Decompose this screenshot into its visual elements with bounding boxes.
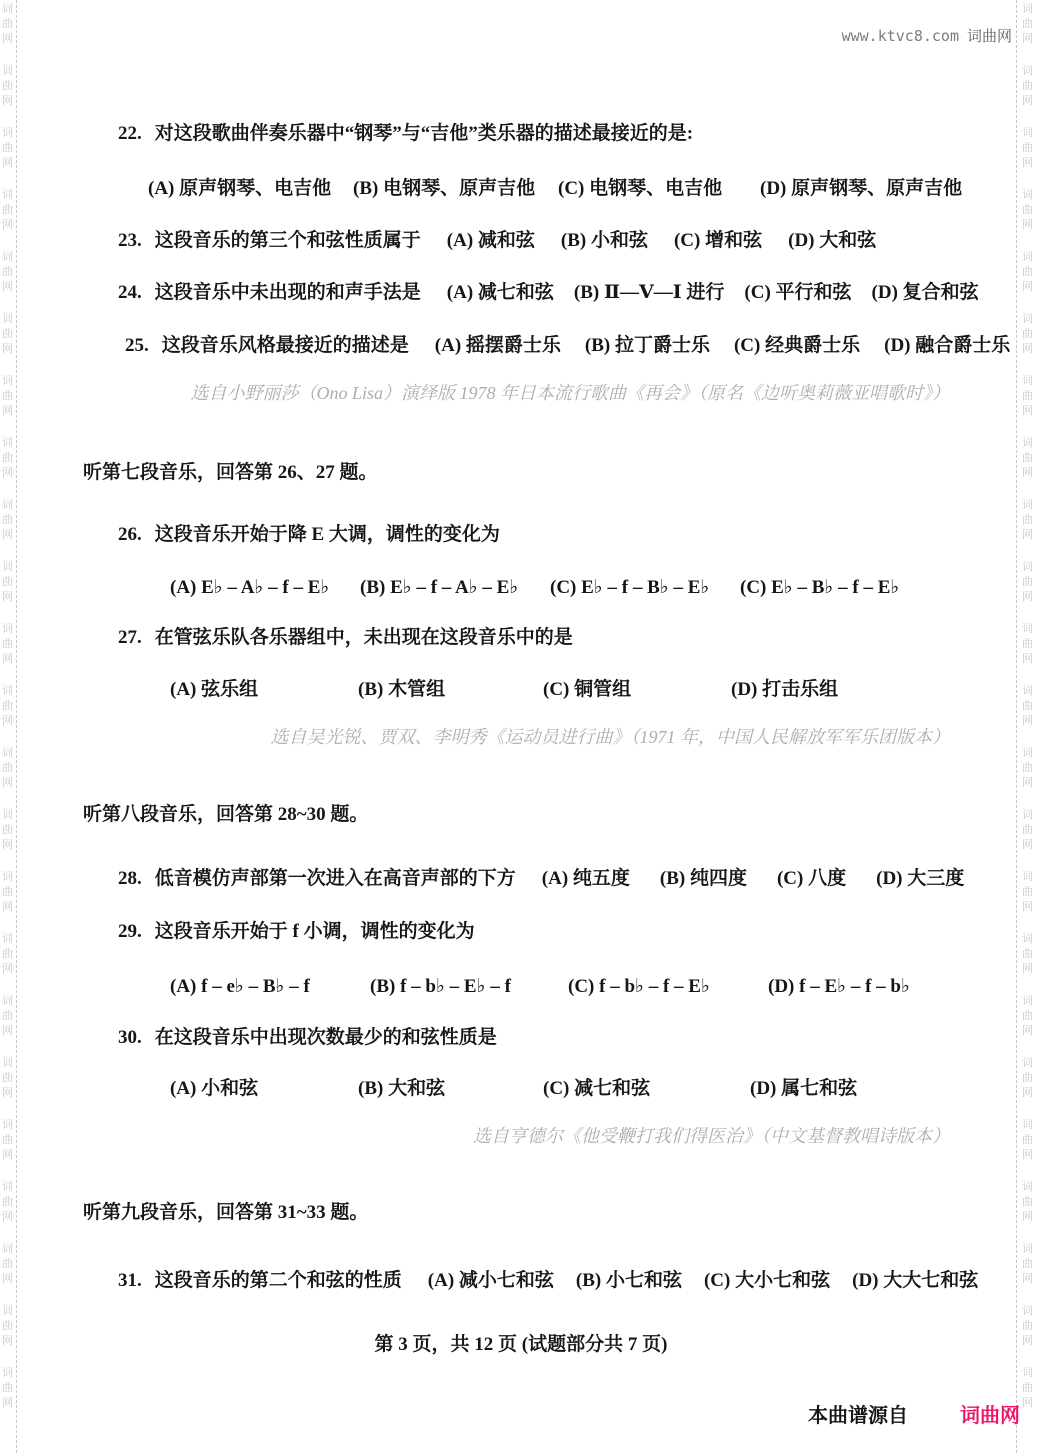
option-b: (B) f – b♭ – E♭ – f xyxy=(370,975,568,999)
watermark-column-right: 词曲网词曲网词曲网词曲网词曲网词曲网词曲网词曲网词曲网词曲网词曲网词曲网词曲网词… xyxy=(1021,0,1034,1453)
option-b: (B) 木管组 xyxy=(358,678,543,702)
question-27: 27. 在管弦乐队各乐器组中，未出现在这段音乐中的是 xyxy=(118,626,573,650)
bottom-credit-site: 词曲网 xyxy=(960,1399,1020,1428)
footer-page-info: 第 3 页，共 12 页 (试题部分共 7 页) xyxy=(0,1329,1042,1356)
bottom-credit: 本曲谱源自 词曲网 xyxy=(808,1399,1020,1428)
question-25: 25. 这段音乐风格最接近的描述是 (A) 摇摆爵士乐 (B) 拉丁爵士乐 (C… xyxy=(125,334,1010,358)
option-c: (C) 电钢琴、电吉他 xyxy=(558,177,760,201)
question-stem: 这段音乐中未出现的和声手法是 xyxy=(155,281,421,305)
option-a: (A) 小和弦 xyxy=(170,1077,358,1101)
option-b: (B) 拉丁爵士乐 xyxy=(585,334,710,358)
option-c: (C) f – b♭ – f – E♭ xyxy=(568,975,768,999)
question-stem: 这段音乐开始于降 E 大调，调性的变化为 xyxy=(155,523,500,547)
question-number: 22. xyxy=(118,122,142,146)
question-24: 24. 这段音乐中未出现的和声手法是 (A) 减七和弦 (B) Ⅱ—Ⅴ—Ⅰ 进行… xyxy=(118,281,979,305)
question-29-options: (A) f – e♭ – B♭ – f (B) f – b♭ – E♭ – f … xyxy=(170,975,910,999)
question-29: 29. 这段音乐开始于 f 小调，调性的变化为 xyxy=(118,920,475,944)
option-d: (D) 打击乐组 xyxy=(731,678,838,702)
option-d: (D) 复合和弦 xyxy=(872,281,979,305)
question-stem: 这段音乐风格最接近的描述是 xyxy=(162,334,409,358)
question-25-options: (A) 摇摆爵士乐 (B) 拉丁爵士乐 (C) 经典爵士乐 (D) 融合爵士乐 xyxy=(435,334,1011,358)
option-a: (A) 减七和弦 xyxy=(447,281,554,305)
question-22: 22. 对这段歌曲伴奏乐器中“钢琴”与“吉他”类乐器的描述最接近的是: xyxy=(118,122,693,146)
section-heading-8: 听第八段音乐，回答第 28~30 题。 xyxy=(83,803,368,827)
question-stem: 在管弦乐队各乐器组中，未出现在这段音乐中的是 xyxy=(155,626,573,650)
bottom-credit-prefix: 本曲谱源自 xyxy=(808,1399,908,1428)
option-c2: (C) E♭ – B♭ – f – E♭ xyxy=(740,576,899,600)
question-26: 26. 这段音乐开始于降 E 大调，调性的变化为 xyxy=(118,523,500,547)
section-heading-9: 听第九段音乐，回答第 31~33 题。 xyxy=(83,1201,368,1225)
question-number: 29. xyxy=(118,920,142,944)
right-dashed-rule xyxy=(1016,0,1017,1453)
option-c: (C) 平行和弦 xyxy=(744,281,851,305)
option-a: (A) 弦乐组 xyxy=(170,678,358,702)
question-31: 31. 这段音乐的第二个和弦的性质 (A) 减小七和弦 (B) 小七和弦 (C)… xyxy=(118,1269,978,1293)
option-a: (A) 减小七和弦 xyxy=(428,1269,554,1293)
option-a: (A) 原声钢琴、电吉他 xyxy=(148,177,353,201)
header-site-url: www.ktvc8.com xyxy=(842,27,959,45)
option-d: (D) 融合爵士乐 xyxy=(884,334,1010,358)
header-site-credit: www.ktvc8.com词曲网 xyxy=(842,25,1012,46)
question-24-options: (A) 减七和弦 (B) Ⅱ—Ⅴ—Ⅰ 进行 (C) 平行和弦 (D) 复合和弦 xyxy=(447,281,979,305)
question-30-options: (A) 小和弦 (B) 大和弦 (C) 减七和弦 (D) 属七和弦 xyxy=(170,1077,857,1101)
source-note-1: 选自小野丽莎（Ono Lisa）演绎版 1978 年日本流行歌曲《再会》（原名《… xyxy=(190,382,950,404)
option-a: (A) E♭ – A♭ – f – E♭ xyxy=(170,576,360,600)
left-dashed-rule xyxy=(16,0,17,1453)
question-30: 30. 在这段音乐中出现次数最少的和弦性质是 xyxy=(118,1026,497,1050)
header-site-name: 词曲网 xyxy=(967,27,1012,45)
question-stem: 低音模仿声部第一次进入在高音声部的下方 xyxy=(155,867,516,891)
option-d: (D) 原声钢琴、原声吉他 xyxy=(760,177,962,201)
question-number: 23. xyxy=(118,229,142,253)
question-23: 23. 这段音乐的第三个和弦性质属于 (A) 减和弦 (B) 小和弦 (C) 增… xyxy=(118,229,876,253)
option-d: (D) 属七和弦 xyxy=(750,1077,857,1101)
option-b: (B) 小和弦 xyxy=(561,229,648,253)
option-a: (A) 纯五度 xyxy=(542,867,630,891)
option-c: (C) 八度 xyxy=(777,867,846,891)
question-28: 28. 低音模仿声部第一次进入在高音声部的下方 (A) 纯五度 (B) 纯四度 … xyxy=(118,867,964,891)
question-31-options: (A) 减小七和弦 (B) 小七和弦 (C) 大小七和弦 (D) 大大七和弦 xyxy=(428,1269,979,1293)
section-heading-7: 听第七段音乐，回答第 26、27 题。 xyxy=(83,461,378,485)
option-b: (B) 大和弦 xyxy=(358,1077,543,1101)
question-27-options: (A) 弦乐组 (B) 木管组 (C) 铜管组 (D) 打击乐组 xyxy=(170,678,838,702)
option-c: (C) 减七和弦 xyxy=(543,1077,750,1101)
option-b: (B) 小七和弦 xyxy=(576,1269,682,1293)
source-note-3: 选自亨德尔《他受鞭打我们得医治》（中文基督教唱诗版本） xyxy=(473,1125,950,1147)
question-28-options: (A) 纯五度 (B) 纯四度 (C) 八度 (D) 大三度 xyxy=(542,867,965,891)
question-number: 30. xyxy=(118,1026,142,1050)
option-c: (C) 经典爵士乐 xyxy=(734,334,860,358)
option-d: (D) 大和弦 xyxy=(788,229,876,253)
option-d: (D) 大三度 xyxy=(876,867,964,891)
watermark-column-left: 词曲网词曲网词曲网词曲网词曲网词曲网词曲网词曲网词曲网词曲网词曲网词曲网词曲网词… xyxy=(1,0,14,1453)
option-b: (B) 纯四度 xyxy=(660,867,747,891)
option-a: (A) 减和弦 xyxy=(447,229,535,253)
question-number: 26. xyxy=(118,523,142,547)
option-b: (B) Ⅱ—Ⅴ—Ⅰ 进行 xyxy=(574,281,724,305)
option-c: (C) 大小七和弦 xyxy=(704,1269,830,1293)
option-c: (C) 增和弦 xyxy=(674,229,762,253)
question-stem: 这段音乐的第三个和弦性质属于 xyxy=(155,229,421,253)
question-number: 28. xyxy=(118,867,142,891)
exam-page-sheet: 词曲网词曲网词曲网词曲网词曲网词曲网词曲网词曲网词曲网词曲网词曲网词曲网词曲网词… xyxy=(0,0,1042,1453)
question-23-options: (A) 减和弦 (B) 小和弦 (C) 增和弦 (D) 大和弦 xyxy=(447,229,877,253)
question-stem: 对这段歌曲伴奏乐器中“钢琴”与“吉他”类乐器的描述最接近的是: xyxy=(155,122,693,146)
source-note-2: 选自吴光锐、贾双、李明秀《运动员进行曲》（1971 年，中国人民解放军军乐团版本… xyxy=(271,726,951,748)
question-22-options: (A) 原声钢琴、电吉他 (B) 电钢琴、原声吉他 (C) 电钢琴、电吉他 (D… xyxy=(148,177,962,201)
question-stem: 在这段音乐中出现次数最少的和弦性质是 xyxy=(155,1026,497,1050)
option-d: (D) 大大七和弦 xyxy=(852,1269,978,1293)
question-26-options: (A) E♭ – A♭ – f – E♭ (B) E♭ – f – A♭ – E… xyxy=(170,576,899,600)
option-c: (C) 铜管组 xyxy=(543,678,731,702)
question-stem: 这段音乐的第二个和弦的性质 xyxy=(155,1269,402,1293)
question-stem: 这段音乐开始于 f 小调，调性的变化为 xyxy=(155,920,475,944)
option-a: (A) 摇摆爵士乐 xyxy=(435,334,561,358)
option-a: (A) f – e♭ – B♭ – f xyxy=(170,975,370,999)
option-c: (C) E♭ – f – B♭ – E♭ xyxy=(550,576,740,600)
option-d: (D) f – E♭ – f – b♭ xyxy=(768,975,910,999)
question-number: 25. xyxy=(125,334,149,358)
question-number: 31. xyxy=(118,1269,142,1293)
question-number: 27. xyxy=(118,626,142,650)
option-b: (B) 电钢琴、原声吉他 xyxy=(353,177,558,201)
option-b: (B) E♭ – f – A♭ – E♭ xyxy=(360,576,550,600)
question-number: 24. xyxy=(118,281,142,305)
